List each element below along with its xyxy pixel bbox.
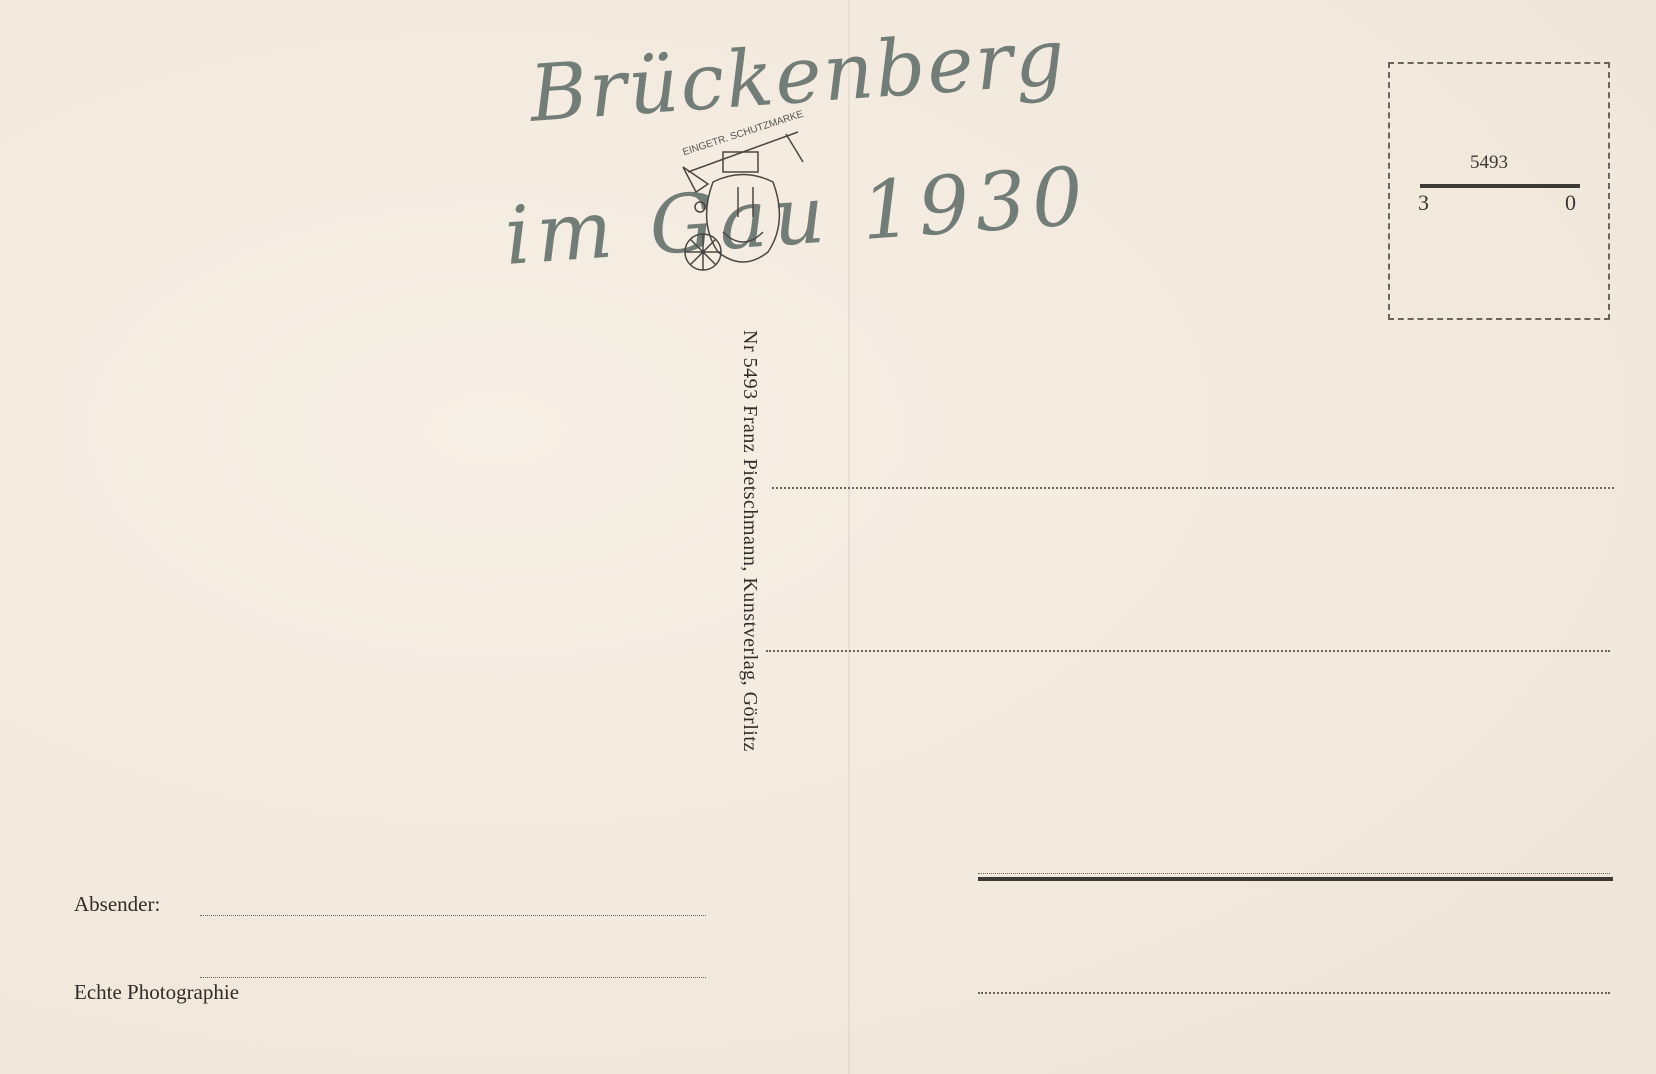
address-line-3 [978,873,1610,874]
sender-line [200,915,706,916]
sender-line-2 [200,977,706,978]
sender-label: Absender: [74,892,160,917]
photo-label: Echte Photographie [74,980,239,1005]
address-line-2 [766,650,1610,652]
address-underline [978,877,1613,881]
publisher-imprint: Nr 5493 Franz Pietschmann, Kunstverlag, … [738,330,761,752]
stamp-rule [1420,184,1580,188]
address-line-4 [978,992,1610,994]
stamp-left-digit: 3 [1418,190,1429,216]
stamp-code: 5493 [1470,152,1508,174]
stamp-right-digit: 0 [1565,190,1576,216]
address-line-1 [772,487,1614,489]
center-divider [848,0,850,1074]
